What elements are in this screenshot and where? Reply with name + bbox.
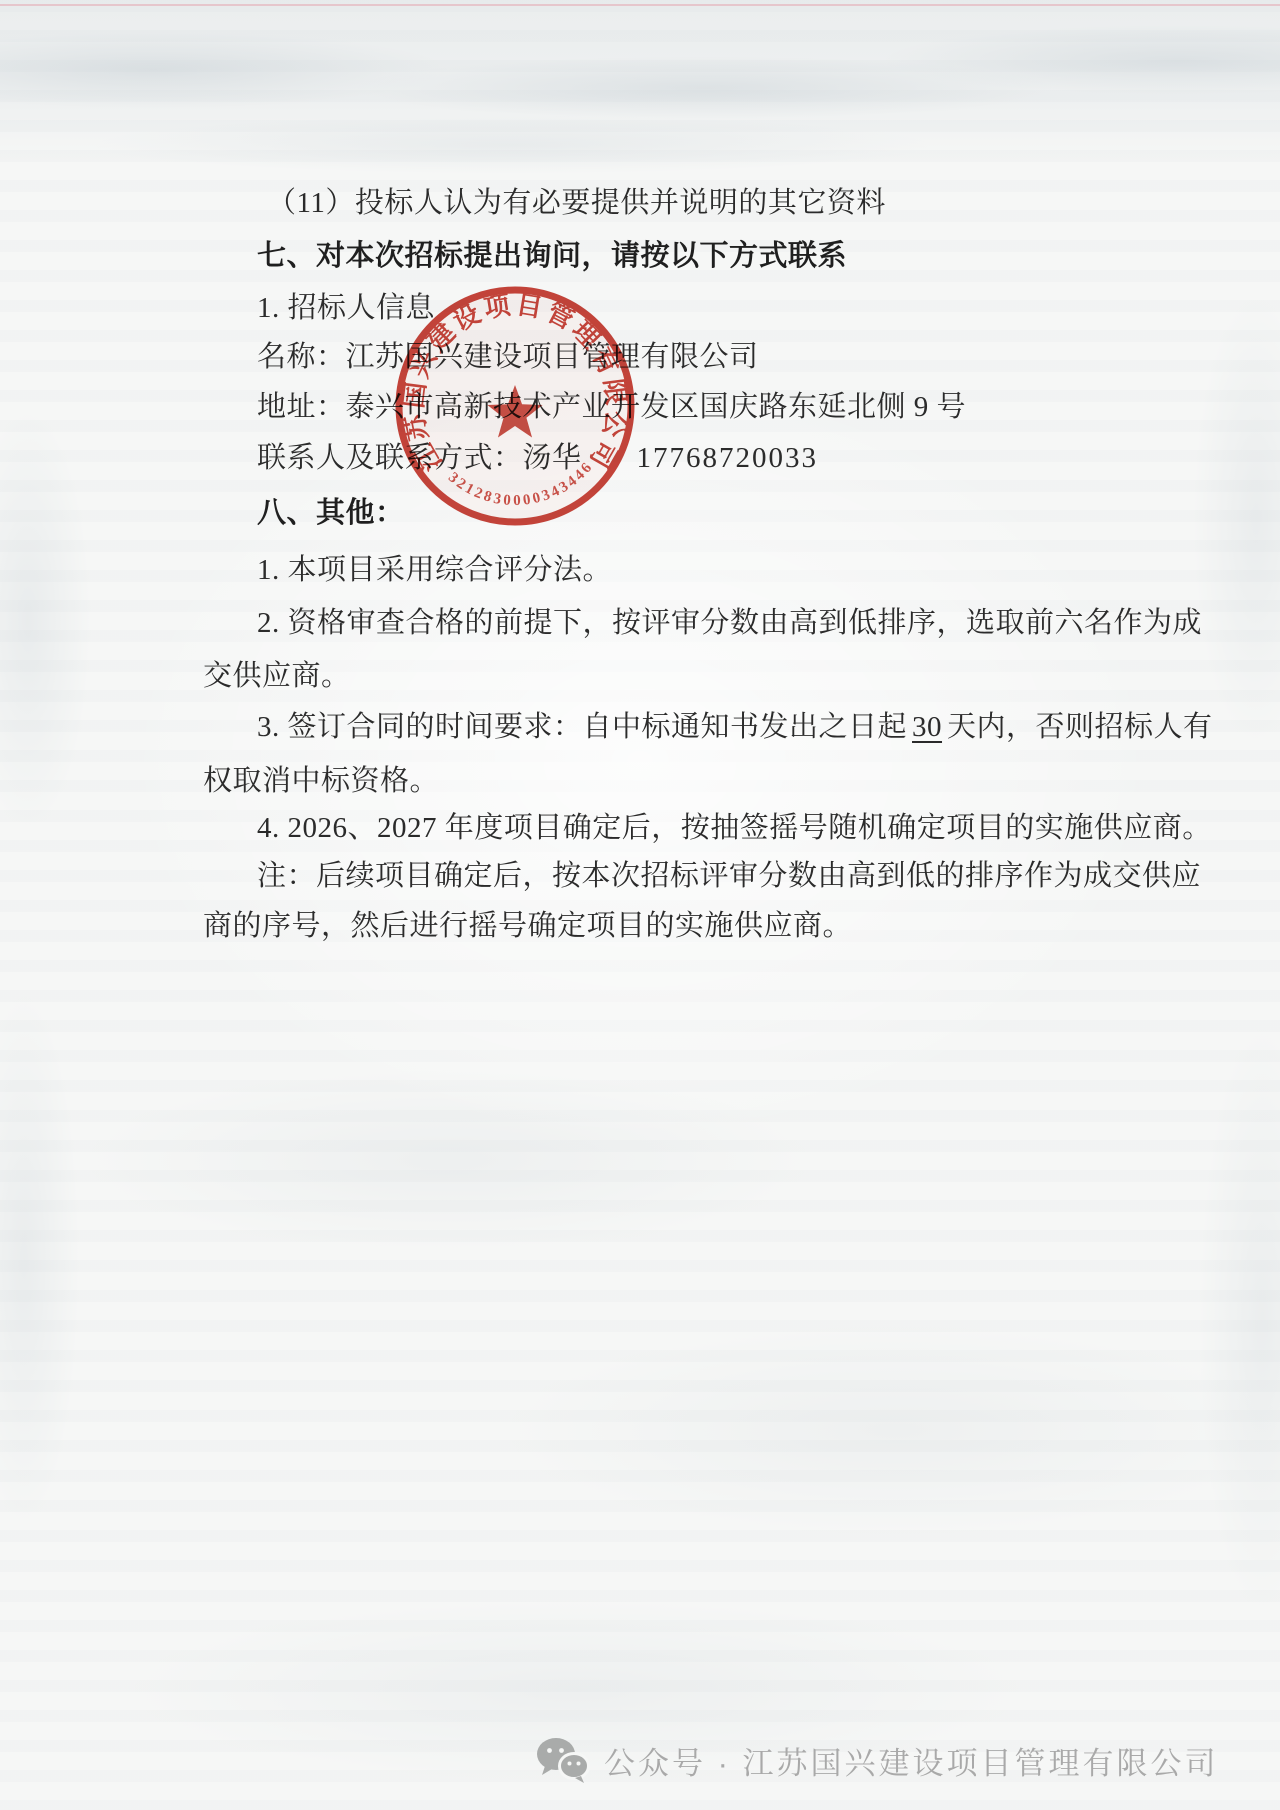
document-heading: 七、对本次招标提出询问，请按以下方式联系 bbox=[257, 236, 847, 276]
document-line: 权取消中标资格。 bbox=[203, 761, 439, 801]
document-line: 商的序号，然后进行摇号确定项目的实施供应商。 bbox=[203, 906, 852, 946]
document-line: 4. 2026、2027 年度项目确定后，按抽签摇号随机确定项目的实施供应商。 bbox=[257, 808, 1212, 848]
document-line: 注：后续项目确定后，按本次招标评审分数由高到低的排序作为成交供应 bbox=[257, 856, 1201, 896]
company-seal: 江苏国兴建设项目管理有限公司 3212830000343446 bbox=[392, 283, 638, 529]
wechat-icon bbox=[535, 1736, 591, 1784]
scan-edge-line bbox=[0, 4, 1280, 6]
footer-watermark: 公众号 · 江苏国兴建设项目管理有限公司 bbox=[535, 1734, 1219, 1786]
document-line: 2. 资格审查合格的前提下，按评审分数由高到低排序，选取前六名作为成 bbox=[257, 603, 1202, 643]
footer-watermark-text: 公众号 · 江苏国兴建设项目管理有限公司 bbox=[604, 1738, 1219, 1783]
document-line: 3. 签订合同的时间要求：自中标通知书发出之日起30天内，否则招标人有 bbox=[257, 707, 1213, 747]
document-line: （11）投标人认为有必要提供并说明的其它资料 bbox=[267, 183, 886, 223]
document-heading: 八、其他： bbox=[257, 493, 405, 533]
document-line: 1. 本项目采用综合评分法。 bbox=[257, 550, 612, 590]
scanned-document-page: （11）投标人认为有必要提供并说明的其它资料 七、对本次招标提出询问，请按以下方… bbox=[0, 0, 1280, 1810]
document-line: 交供应商。 bbox=[203, 656, 351, 696]
